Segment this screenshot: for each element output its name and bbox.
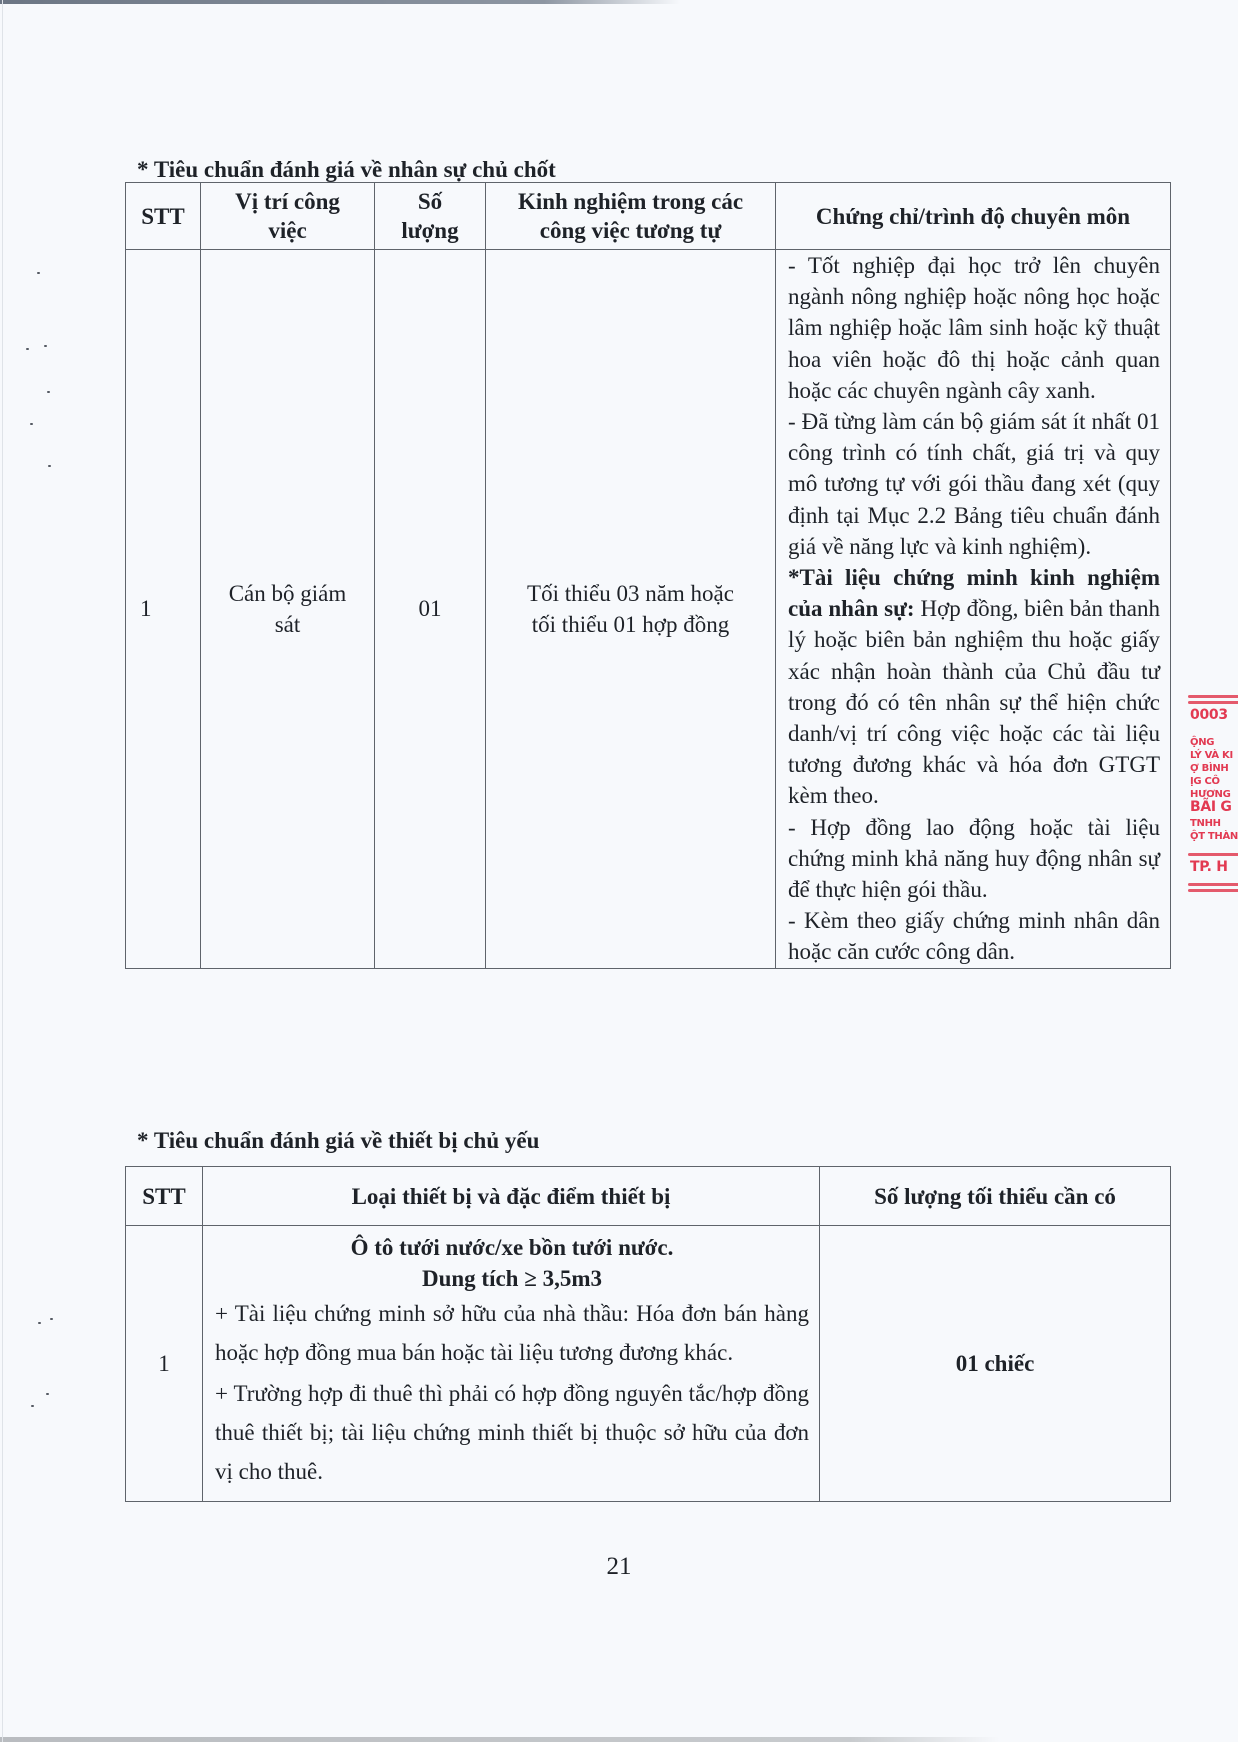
table-header-row: STT Loại thiết bị và đặc điểm thiết bị S… xyxy=(126,1167,1171,1226)
scan-speck xyxy=(26,348,29,350)
header-position: Vị trí công việc xyxy=(201,183,375,250)
scan-speck xyxy=(47,391,50,393)
cell-stt: 1 xyxy=(126,1226,203,1502)
header-quantity-line2: lượng xyxy=(375,216,485,245)
cert-paragraph-id-card: - Kèm theo giấy chứng minh nhân dân hoặc… xyxy=(788,905,1160,967)
header-description: Loại thiết bị và đặc điểm thiết bị xyxy=(203,1167,820,1226)
equipment-rental-docs: + Trường hợp đi thuê thì phải có hợp đồn… xyxy=(215,1374,809,1491)
cell-quantity: 01 xyxy=(375,250,486,969)
scan-speck xyxy=(50,1318,53,1320)
cell-description: Ô tô tưới nước/xe bồn tưới nước. Dung tí… xyxy=(203,1226,820,1502)
company-stamp: 0003 ỘNG LÝ VÀ KI Ợ BÌNH ỊG CÔ HƯƠNG BÃI… xyxy=(1188,693,1238,925)
scan-speck xyxy=(38,1322,41,1324)
equipment-table: STT Loại thiết bị và đặc điểm thiết bị S… xyxy=(125,1166,1171,1502)
personnel-section-title: * Tiêu chuẩn đánh giá về nhân sự chủ chố… xyxy=(137,157,556,183)
scan-speck xyxy=(37,272,40,274)
table-header-row: STT Vị trí công việc Số lượng Kinh nghiệ… xyxy=(126,183,1171,250)
cell-experience-line1: Tối thiểu 03 năm hoặc xyxy=(486,578,775,609)
cert-documents-text: Hợp đồng, biên bản thanh lý hoặc biên bả… xyxy=(788,596,1160,808)
cell-position: Cán bộ giám sát xyxy=(201,250,375,969)
stamp-text: BÃI G xyxy=(1190,801,1232,813)
cell-stt: 1 xyxy=(126,250,201,969)
stamp-ring xyxy=(1188,889,1238,892)
stamp-ring xyxy=(1188,853,1238,856)
stamp-ring xyxy=(1188,883,1238,886)
cell-experience: Tối thiểu 03 năm hoặc tối thiểu 01 hợp đ… xyxy=(486,250,776,969)
stamp-text: ỘNG xyxy=(1190,737,1214,749)
page-left-edge xyxy=(2,0,3,1742)
header-quantity: Số lượng xyxy=(375,183,486,250)
header-experience-line1: Kinh nghiệm trong các xyxy=(486,187,775,216)
cert-paragraph-experience: - Đã từng làm cán bộ giám sát ít nhất 01… xyxy=(788,406,1160,562)
scan-speck xyxy=(46,1393,49,1395)
scan-edge-top xyxy=(0,0,680,4)
cell-position-line2: sát xyxy=(201,609,374,640)
header-quantity-line1: Số xyxy=(375,187,485,216)
stamp-text: 0003 xyxy=(1190,709,1228,721)
equipment-ownership-docs: + Tài liệu chứng minh sở hữu của nhà thầ… xyxy=(215,1294,809,1372)
header-stt: STT xyxy=(126,1167,203,1226)
cert-paragraph-degree: - Tốt nghiệp đại học trở lên chuyên ngàn… xyxy=(788,250,1160,406)
header-minimum-quantity: Số lượng tối thiểu cần có xyxy=(820,1167,1171,1226)
header-experience: Kinh nghiệm trong các công việc tương tự xyxy=(486,183,776,250)
stamp-ring xyxy=(1188,695,1238,698)
stamp-text: ỘT THÀNH xyxy=(1190,831,1238,843)
scan-edge-bottom xyxy=(0,1737,1000,1742)
scan-speck xyxy=(48,465,51,467)
table-row: 1 Ô tô tưới nước/xe bồn tưới nước. Dung … xyxy=(126,1226,1171,1502)
cert-paragraph-labor-contract: - Hợp đồng lao động hoặc tài liệu chứng … xyxy=(788,812,1160,906)
table-row: 1 Cán bộ giám sát 01 Tối thiểu 03 năm ho… xyxy=(126,250,1171,969)
equipment-title-line1: Ô tô tưới nước/xe bồn tưới nước. xyxy=(215,1232,809,1263)
header-stt: STT xyxy=(126,183,201,250)
cert-paragraph-documents: *Tài liệu chứng minh kinh nghiệm của nhâ… xyxy=(788,562,1160,812)
header-certificate: Chứng chỉ/trình độ chuyên môn xyxy=(776,183,1171,250)
scan-speck xyxy=(30,423,33,425)
stamp-text: TP. H xyxy=(1190,861,1228,873)
key-personnel-table: STT Vị trí công việc Số lượng Kinh nghiệ… xyxy=(125,182,1171,969)
cell-certificate: - Tốt nghiệp đại học trở lên chuyên ngàn… xyxy=(776,250,1171,969)
cell-experience-line2: tối thiểu 01 hợp đồng xyxy=(486,609,775,640)
scan-speck xyxy=(44,345,47,347)
cell-minimum-quantity: 01 chiếc xyxy=(820,1226,1171,1502)
page-number: 21 xyxy=(0,1553,1238,1581)
cell-position-line1: Cán bộ giám xyxy=(201,578,374,609)
equipment-section-title: * Tiêu chuẩn đánh giá về thiết bị chủ yế… xyxy=(137,1128,539,1154)
stamp-text: TNHH xyxy=(1190,818,1221,830)
header-position-line1: Vị trí công xyxy=(201,187,374,216)
scan-speck xyxy=(31,1405,34,1407)
stamp-ring xyxy=(1188,701,1238,704)
stamp-text: ỊG CÔ xyxy=(1190,776,1220,788)
equipment-title-line2: Dung tích ≥ 3,5m3 xyxy=(215,1263,809,1294)
stamp-text: Ợ BÌNH xyxy=(1190,763,1229,775)
header-position-line2: việc xyxy=(201,216,374,245)
stamp-text: LÝ VÀ KI xyxy=(1190,750,1233,762)
header-experience-line2: công việc tương tự xyxy=(486,216,775,245)
